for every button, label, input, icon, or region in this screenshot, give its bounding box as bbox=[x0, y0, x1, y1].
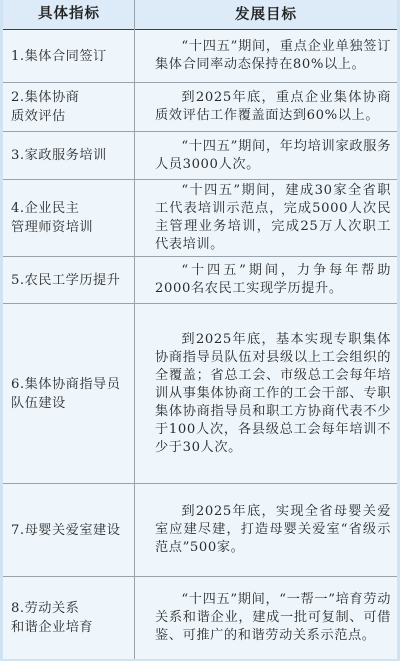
table-row: 4.企业民主 管理师资培训 “十四五”期间，建成30家全省职工代表培训示范点，完… bbox=[3, 180, 397, 257]
table-row: 3.家政服务培训 “十四五”期间，年均培训家政服务人员3000人次。 bbox=[3, 132, 397, 180]
goal-cell: “十四五”期间，建成30家全省职工代表培训示范点，完成5000人次民主管理业务培… bbox=[155, 182, 391, 254]
indicator-cell: 8.劳动关系 和谐企业培育 bbox=[11, 599, 93, 637]
indicator-cell: 5.农民工学历提升 bbox=[11, 271, 120, 290]
goal-cell: 到2025年底，重点企业集体协商质效评估工作覆盖面达到60%以上。 bbox=[155, 89, 391, 125]
goal-cell: 到2025年底，基本实现专职集体协商指导员队伍对县级以上工会组织的全覆盖；省总工… bbox=[155, 331, 391, 457]
table-header: 具体指标 发展目标 bbox=[3, 0, 397, 30]
indicator-cell: 4.企业民主 管理师资培训 bbox=[11, 199, 93, 237]
goal-cell: “十四五”期间，“一帮一”培育劳动关系和谐企业，建成一批可复制、可借鉴、可推广的… bbox=[155, 591, 391, 645]
table-row: 6.集体协商指导员 队伍建设 到2025年底，基本实现专职集体协商指导员队伍对县… bbox=[3, 304, 397, 484]
table-row: 7.母婴关爱室建设 到2025年底，实现全省母婴关爱室应建尽建，打造母婴关爱室“… bbox=[3, 484, 397, 577]
goals-table: 具体指标 发展目标 1.集体合同签订 “十四五”期间，重点企业单独签订集体合同率… bbox=[0, 0, 400, 661]
table-row: 2.集体协商 质效评估 到2025年底，重点企业集体协商质效评估工作覆盖面达到6… bbox=[3, 83, 397, 132]
indicator-cell: 2.集体协商 质效评估 bbox=[11, 88, 79, 126]
table-row: 5.农民工学历提升 “十四五”期间，力争每年帮助2000名农民工实现学历提升。 bbox=[3, 257, 397, 304]
goal-cell: “十四五”期间，重点企业单独签订集体合同率动态保持在80%以上。 bbox=[155, 38, 391, 74]
table-row: 8.劳动关系 和谐企业培育 “十四五”期间，“一帮一”培育劳动关系和谐企业，建成… bbox=[3, 577, 397, 659]
goal-cell: 到2025年底，实现全省母婴关爱室应建尽建，打造母婴关爱室“省级示范点”500家… bbox=[155, 503, 391, 557]
table-row: 1.集体合同签订 “十四五”期间，重点企业单独签订集体合同率动态保持在80%以上… bbox=[3, 30, 397, 83]
header-goal: 发展目标 bbox=[135, 0, 397, 29]
column-divider bbox=[134, 0, 135, 659]
header-indicator: 具体指标 bbox=[3, 0, 135, 29]
indicator-cell: 6.集体协商指导员 队伍建设 bbox=[11, 375, 120, 413]
goal-cell: “十四五”期间，力争每年帮助2000名农民工实现学历提升。 bbox=[155, 262, 391, 298]
indicator-cell: 3.家政服务培训 bbox=[11, 146, 107, 165]
indicator-cell: 1.集体合同签订 bbox=[11, 47, 107, 66]
goal-cell: “十四五”期间，年均培训家政服务人员3000人次。 bbox=[155, 138, 391, 174]
indicator-cell: 7.母婴关爱室建设 bbox=[11, 521, 120, 540]
